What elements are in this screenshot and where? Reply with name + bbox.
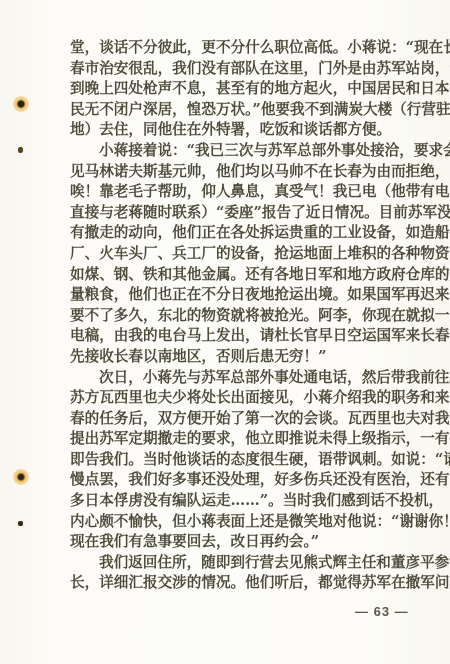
text-line: 直接与老蒋随时联系）“委座”报告了近日情况。目前苏军没 <box>70 203 426 224</box>
body-text: 堂，谈话不分彼此，更不分什么职位高低。小蒋说：“现在长 春市治安很乱，我们没有部… <box>70 38 426 594</box>
paragraph-start-line: 我们返回住所，随即到行营去见熊式辉主任和董彦平参谋 <box>70 553 426 574</box>
text-line: 内心颇不愉快，但小蒋表面上还是微笑地对他说：“谢谢你！ <box>70 512 426 533</box>
text-line: 苏方瓦西里也夫少将处长出面接见，小蒋介绍我的职务和来长 <box>70 388 426 409</box>
binding-hole-mark <box>13 96 29 112</box>
text-line: 有撤走的动向，他们正在各处拆运贵重的工业设备，如造船 <box>70 223 426 244</box>
text-line: 多日本俘虏没有编队运走……”。当时我们感到话不投机， <box>70 491 426 512</box>
ink-speck <box>18 521 23 526</box>
book-page: 堂，谈话不分彼此，更不分什么职位高低。小蒋说：“现在长 春市治安很乱，我们没有部… <box>0 0 450 664</box>
text-line: 慢点罢，我们好多事还没处理，好多伤兵还没有医治，还有许 <box>70 470 426 491</box>
text-line: 要不了多久，东北的物资就将被抢光。阿李，你现在就拟一急 <box>70 306 426 327</box>
text-line: 长，详细汇报交涉的情况。他们听后，都觉得苏军在撤军问题 <box>70 573 426 594</box>
text-line: 先接收长春以南地区，否则后患无穷！” <box>70 347 426 368</box>
paragraph-start-line: 次日，小蒋先与苏军总部外事处通电话，然后带我前往。 <box>70 368 426 389</box>
text-line: 厂、火车头厂、兵工厂的设备，抢运地面上堆积的各种物资， <box>70 244 426 265</box>
text-line: 到晚上四处枪声不息，甚至有的地方起火，中国居民和日本侨 <box>70 79 426 100</box>
text-line: 电稿，由我的电台马上发出，请杜长官早日空运国军来长春， <box>70 326 426 347</box>
text-line: 量粮食，他们也正在不分日夜地抢运出境。如果国军再迟来， <box>70 285 426 306</box>
text-line: 春的任务后，双方便开始了第一次的会谈。瓦西里也夫对我们 <box>70 409 426 430</box>
text-line: 如煤、钢、铁和其他金属。还有各地日军和地方政府仓库的大 <box>70 265 426 286</box>
text-line: 春市治安很乱，我们没有部队在这里，门外是由苏军站岗，一 <box>70 59 426 80</box>
ink-speck <box>18 147 23 153</box>
text-line: 见马林诺夫斯基元帅，他们均以马帅不在长春为由而拒绝， <box>70 162 426 183</box>
paragraph-start-line: 小蒋接着说：“我已三次与苏军总部外事处接洽，要求会 <box>70 141 426 162</box>
text-line: 唉！靠老毛子帮助，仰人鼻息，真受气！我已电（他带有电台 <box>70 182 426 203</box>
text-line: 现在我们有急事要回去，改日再约会。” <box>70 532 426 553</box>
binding-hole-mark <box>13 469 29 485</box>
page-number: — 63 — <box>355 604 409 619</box>
text-line: 民无不闭户深居，惶恐万状。”他要我不到满炭大楼（行营驻 <box>70 100 426 121</box>
text-line: 地）去住，同他住在外特署，吃饭和谈话都方便。 <box>70 120 426 141</box>
text-line: 即告我们。当时他谈话的态度很生硬，语带讽刺。如说：“请 <box>70 450 426 471</box>
text-line: 堂，谈话不分彼此，更不分什么职位高低。小蒋说：“现在长 <box>70 38 426 59</box>
text-line: 提出苏军定期撤走的要求，他立即推说未得上级指示，一有指示 <box>70 429 426 450</box>
